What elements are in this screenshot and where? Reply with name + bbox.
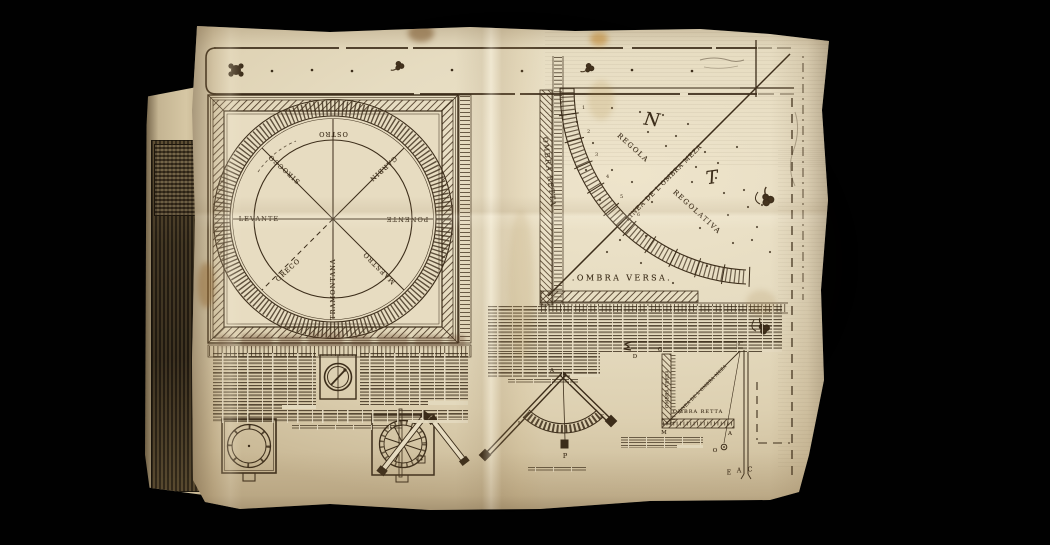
inset-compass-diagram xyxy=(320,355,356,399)
ombra-versa-label: .OMBRA VERSA. xyxy=(572,274,672,283)
left-textblock-col1 xyxy=(213,353,316,409)
stipple-dot xyxy=(631,181,633,183)
dashed-plate-border xyxy=(757,56,803,478)
photographed-plate: 123456 OSTRO SIROCCO GARBIN LEVANTE PONE… xyxy=(0,0,1050,545)
left-textblock-full-lines xyxy=(213,410,468,423)
level-plumb-letter: P xyxy=(563,452,567,460)
stipple-dot xyxy=(727,214,729,216)
stipple-dot xyxy=(695,166,697,168)
stipple-dot xyxy=(640,262,642,264)
arc-number: 3 xyxy=(595,152,598,158)
wind-label-ponente: PONENTE xyxy=(386,215,429,223)
stipple-dot xyxy=(619,239,621,241)
stain xyxy=(508,210,534,360)
stipple-dot xyxy=(576,121,578,123)
stipple-dot xyxy=(611,169,613,171)
stipple-dot xyxy=(599,199,601,201)
squadra-letter-d: D xyxy=(633,354,637,360)
squadra-letter-a: A xyxy=(728,431,732,437)
stipple-dot xyxy=(687,123,689,125)
level-caption xyxy=(528,467,586,472)
stipple-dot xyxy=(672,282,674,284)
stipple-dot xyxy=(761,204,763,206)
squadra-letter-m: M xyxy=(661,430,667,436)
arc-number: 1 xyxy=(582,105,585,111)
level-instrument xyxy=(479,372,616,461)
squadra-letter-o: O xyxy=(713,448,718,454)
stipple-dot xyxy=(699,227,701,229)
left-textblock-last-line xyxy=(292,425,402,430)
squadra-ombra-versa-label: OMBRA VERSA xyxy=(665,370,670,408)
wind-label-levante: LEVANTE xyxy=(239,215,279,223)
arc-number: 2 xyxy=(587,129,590,135)
stipple-dot xyxy=(723,192,725,194)
left-textblock-col2 xyxy=(360,353,468,405)
stipple-dot xyxy=(743,189,745,191)
quadrant-letter-n: N xyxy=(643,109,662,132)
wind-label-ostro: OSTRO xyxy=(318,130,348,138)
level-arc-right-letter: K xyxy=(600,414,604,420)
stipple-dot xyxy=(704,151,706,153)
stipple-dot xyxy=(691,181,693,183)
stain xyxy=(746,290,776,316)
squadra-foot-letter-e: E xyxy=(727,470,731,477)
stipple-dot xyxy=(736,146,738,148)
level-arc-left-letter: I xyxy=(518,421,520,427)
squadra-foot-letter-c: C xyxy=(748,467,753,474)
stipple-dot xyxy=(751,239,753,241)
squadra-caption xyxy=(621,437,703,448)
wind-label-tramontana: TRAMONTANA xyxy=(329,258,337,320)
stipple-dot xyxy=(706,265,708,267)
compass-box-plain xyxy=(222,414,276,481)
top-ornament-band xyxy=(206,48,794,94)
stipple-dot xyxy=(592,142,594,144)
stipple-dot xyxy=(585,169,587,171)
stipple-dot xyxy=(732,242,734,244)
arc-division-tick xyxy=(749,267,750,287)
stipple-dot xyxy=(645,235,647,237)
stipple-dot xyxy=(717,162,719,164)
squadra-ombra-retta-label: OMBRA RETTA xyxy=(673,409,723,415)
squadra-foot-letter-a: A xyxy=(737,468,741,475)
right-textblock-continuation xyxy=(488,353,600,377)
arc-number: 4 xyxy=(606,174,609,180)
stipple-dot xyxy=(756,226,758,228)
stipple-dot xyxy=(662,114,664,116)
stipple-dot xyxy=(651,201,653,203)
stipple-dot xyxy=(647,131,649,133)
stipple-dot xyxy=(747,206,749,208)
stipple-dot xyxy=(665,145,667,147)
stipple-dot xyxy=(769,251,771,253)
right-textblock-last-line xyxy=(508,379,578,384)
stipple-dot xyxy=(639,111,641,113)
stain xyxy=(590,32,608,46)
stain xyxy=(198,262,214,308)
arc-number: 5 xyxy=(620,194,623,200)
stipple-dot xyxy=(606,251,608,253)
stipple-dot xyxy=(675,135,677,137)
arc-division-tick xyxy=(669,249,678,267)
stain xyxy=(588,80,614,120)
woodcut-frame xyxy=(154,144,200,216)
